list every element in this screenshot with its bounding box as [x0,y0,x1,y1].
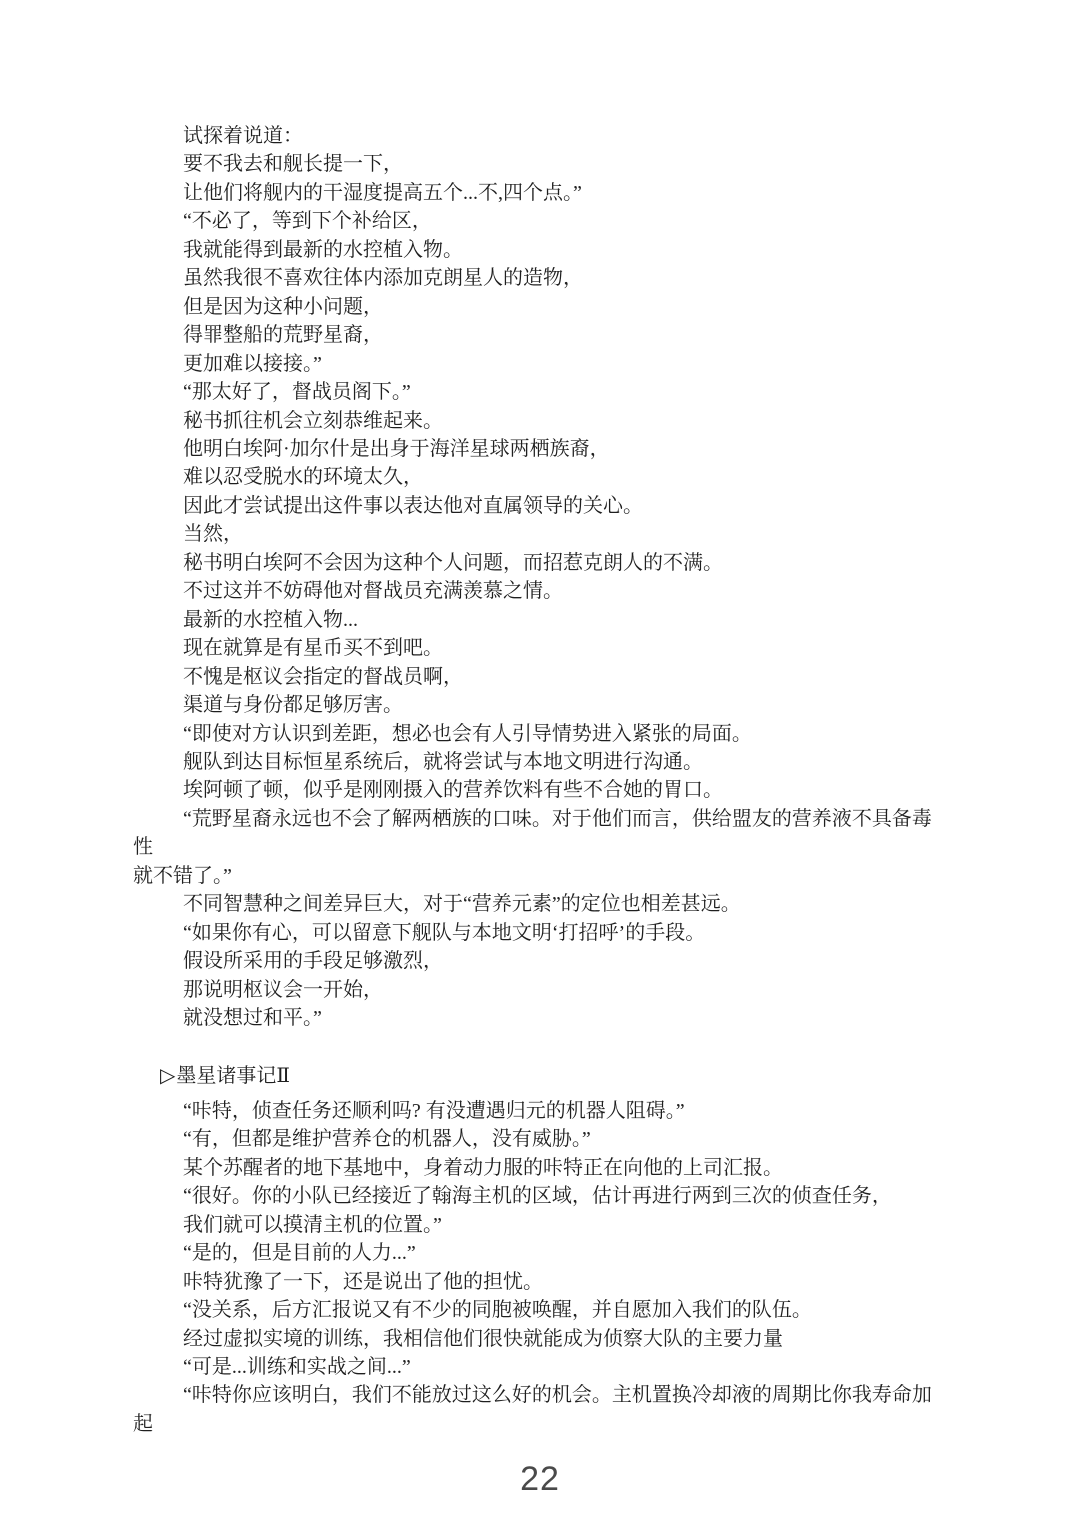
text-line: “那太好了，督战员阁下。” [133,378,949,406]
story-section-2: “咔特，侦查任务还顺利吗? 有没遭遇归元的机器人阻碍。”“有，但都是维护营养仓的… [133,1097,949,1438]
text-line: “很好。你的小队已经接近了翰海主机的区域，估计再进行两到三次的侦查任务， [133,1182,949,1210]
text-line: 渠道与身份都足够厉害。 [133,691,949,719]
text-line: 秘书明白埃阿不会因为这种个人问题，而招惹克朗人的不满。 [133,549,949,577]
text-line: 他明白埃阿·加尔什是出身于海洋星球两栖族裔， [133,435,949,463]
text-line: “有，但都是维护营养仓的机器人，没有威胁。” [133,1125,949,1153]
text-line: “咔特你应该明白，我们不能放过这么好的机会。主机置换冷却液的周期比你我寿命加起 [133,1381,949,1438]
text-line: 我们就可以摸清主机的位置。” [133,1211,949,1239]
text-line: 假设所采用的手段足够激烈， [133,947,949,975]
text-line: 秘书抓往机会立刻恭维起来。 [133,407,949,435]
text-line: 更加难以接接。” [133,350,949,378]
text-line: “荒野星裔永远也不会了解两栖族的口味。对于他们而言，供给盟友的营养液不具备毒性 [133,805,949,862]
text-line: 舰队到达目标恒星系统后，就将尝试与本地文明进行沟通。 [133,748,949,776]
text-line: 难以忍受脱水的环境太久， [133,463,949,491]
text-line: “没关系，后方汇报说又有不少的同胞被唤醒，并自愿加入我们的队伍。 [133,1296,949,1324]
page-number: 22 [0,1460,1080,1499]
text-line: 不同智慧种之间差异巨大，对于“营养元素”的定位也相差甚远。 [133,890,949,918]
text-line: “如果你有心，可以留意下舰队与本地文明‘打招呼’的手段。 [133,919,949,947]
text-line: 试探着说道： [133,122,949,150]
text-line: 但是因为这种小问题， [133,293,949,321]
text-line: 那说明枢议会一开始， [133,976,949,1004]
text-line: 虽然我很不喜欢往体内添加克朗星人的造物， [133,264,949,292]
story-section-1: 试探着说道：要不我去和舰长提一下，让他们将舰内的干湿度提高五个...不,四个点。… [133,122,949,1033]
text-line: 要不我去和舰长提一下， [133,150,949,178]
text-line: 当然， [133,520,949,548]
text-line: “不必了，等到下个补给区， [133,207,949,235]
document-page: 试探着说道：要不我去和舰长提一下，让他们将舰内的干湿度提高五个...不,四个点。… [0,0,1080,1527]
text-line: 就没想过和平。” [133,1004,949,1032]
text-line: 埃阿顿了顿，似乎是刚刚摄入的营养饮料有些不合她的胃口。 [133,776,949,804]
text-line: 因此才尝试提出这件事以表达他对直属领导的关心。 [133,492,949,520]
text-line: 不过这并不妨碍他对督战员充满羡慕之情。 [133,577,949,605]
text-line: 让他们将舰内的干湿度提高五个...不,四个点。” [133,179,949,207]
text-line: “是的，但是目前的人力...” [133,1239,949,1267]
story-text-area: 试探着说道：要不我去和舰长提一下，让他们将舰内的干湿度提高五个...不,四个点。… [133,122,949,1438]
text-line: “可是...训练和实战之间...” [133,1353,949,1381]
text-line: 经过虚拟实境的训练，我相信他们很快就能成为侦察大队的主要力量 [133,1325,949,1353]
text-line: 我就能得到最新的水控植入物。 [133,236,949,264]
text-line: 某个苏醒者的地下基地中，身着动力服的咔特正在向他的上司汇报。 [133,1154,949,1182]
section-title: 墨星诸事记Ⅱ [176,1065,290,1087]
text-line: 现在就算是有星币买不到吧。 [133,634,949,662]
triangle-marker-icon: ▷ [160,1065,175,1087]
text-line: 咔特犹豫了一下，还是说出了他的担忧。 [133,1268,949,1296]
text-line: 得罪整船的荒野星裔， [133,321,949,349]
text-line: 最新的水控植入物... [133,606,949,634]
text-line: “咔特，侦查任务还顺利吗? 有没遭遇归元的机器人阻碍。” [133,1097,949,1125]
text-line: 就不错了。” [133,862,949,890]
section-heading: ▷墨星诸事记Ⅱ [133,1062,949,1090]
text-line: 不愧是枢议会指定的督战员啊， [133,663,949,691]
text-line: “即使对方认识到差距，想必也会有人引导情势进入紧张的局面。 [133,720,949,748]
